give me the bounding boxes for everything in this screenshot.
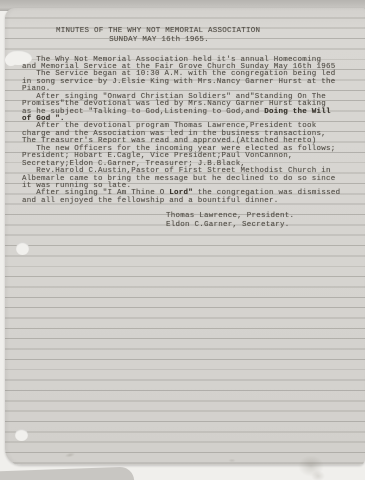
punch-hole-bottom (15, 429, 28, 441)
scanned-document: MINUTES OF THE WHY NOT MEMORIAL ASSOCIAT… (0, 0, 365, 480)
typewritten-line: in song service by J.Elsie King with Mrs… (22, 79, 340, 86)
smudge-mark (63, 451, 78, 460)
smudge-mark (308, 468, 328, 480)
smudge-mark (293, 451, 329, 480)
title-line-1: MINUTES OF THE WHY NOT MEMORIAL ASSOCIAT… (56, 27, 262, 36)
typewritten-line: as he subject "Talking to God,Listening … (22, 109, 340, 116)
document-title: MINUTES OF THE WHY NOT MEMORIAL ASSOCIAT… (56, 27, 262, 45)
typewritten-line: Eldon C.Garner, Secretary. (166, 221, 294, 230)
title-line-2: SUNDAY MAY 16th 1965. (56, 36, 262, 45)
punch-hole-middle (16, 242, 29, 255)
smudge-mark (227, 458, 237, 463)
second-sheet-corner (0, 467, 134, 480)
typewritten-line: Thomas Lawrence, President. (166, 212, 294, 221)
typewritten-line: and all enjoyed the fellowship and a bou… (22, 198, 340, 205)
minutes-body-text: The Why Not Memorial Association held it… (22, 57, 340, 206)
torn-punch-hole-fragment (5, 54, 17, 66)
signature-block: Thomas Lawrence, President.Eldon C.Garne… (166, 212, 294, 230)
